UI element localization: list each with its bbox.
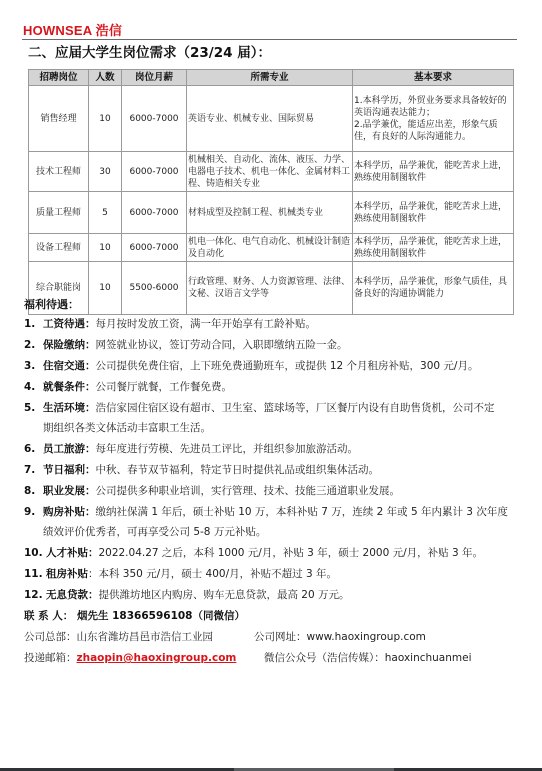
benefit-label: 保险缴纳：: [43, 339, 96, 351]
table-row: 设备工程师 10 6000-7000 机电一体化、电气自动化、机械设计制造及自动…: [29, 234, 514, 262]
benefit-label: 就餐条件：: [43, 381, 96, 393]
benefit-text-continued: 期组织各类文体活动丰富职工生活。: [43, 422, 524, 435]
wechat-label: 微信公众号（浩信传媒）：: [264, 652, 385, 664]
benefit-label: 无息贷款：: [46, 589, 99, 601]
cell-position: 设备工程师: [29, 234, 89, 262]
benefit-text: 公司餐厅就餐，工作餐免费。: [96, 381, 233, 393]
benefit-text: 2022.04.27 之后，本科 1000 元/月，补贴 3 年，硕士 2000…: [98, 547, 483, 559]
benefit-number: 5.: [24, 402, 35, 415]
table-row: 质量工程师 5 6000-7000 材料成型及控制工程、机械类专业 本科学历，品…: [29, 192, 514, 234]
table-header-row: 招聘岗位 人数 岗位月薪 所需专业 基本要求: [29, 70, 514, 86]
info-row-hq: 公司总部：山东省潍坊昌邑市浩信工业园 公司网址：www.haoxingroup.…: [24, 631, 524, 644]
contact-person: 联 系 人： 烟先生 18366596108（同微信）: [24, 610, 524, 623]
benefit-number: 10.: [24, 547, 43, 559]
cell-requirement: 本科学历，品学兼优，能吃苦求上进，熟练使用制图软件: [353, 234, 514, 262]
benefit-item: 6.员工旅游：每年度进行劳模、先进员工评比，并组织参加旅游活动。: [24, 443, 524, 456]
benefit-label: 住宿交通：: [43, 360, 96, 372]
cell-major: 英语专业、机械专业、国际贸易: [187, 86, 353, 152]
cell-major: 机电一体化、电气自动化、机械设计制造及自动化: [187, 234, 353, 262]
benefit-text: 中秋、春节双节福利，特定节日时提供礼品或组织集体活动。: [96, 464, 380, 476]
benefit-label: 员工旅游：: [43, 443, 96, 455]
benefit-text: 网签就业协议，签订劳动合同，入职即缴纳五险一金。: [96, 339, 348, 351]
benefits-section: 福利待遇： 1.工资待遇：每月按时发放工资，满一年开始享有工龄补贴。 2.保险缴…: [24, 298, 524, 673]
cell-salary: 6000-7000: [122, 152, 187, 192]
benefit-text: 浩信家园住宿区设有超市、卫生室、篮球场等，厂区餐厅内设有自助售货机，公司不定: [96, 402, 495, 414]
benefit-number: 2.: [24, 339, 35, 352]
benefit-item: 8.职业发展：公司提供多种职业培训，实行管理、技术、技能三通道职业发展。: [24, 485, 524, 498]
benefit-text: 公司提供免费住宿，上下班免费通勤班车，或提供 12 个月租房补贴，300 元/月…: [96, 360, 479, 372]
wechat-id: haoxinchuanmei: [385, 652, 472, 664]
benefit-item: 5.生活环境：浩信家园住宿区设有超市、卫生室、篮球场等，厂区餐厅内设有自助售货机…: [24, 402, 524, 435]
benefit-number: 3.: [24, 360, 35, 373]
benefit-item: 12. 无息贷款：提供潍坊地区内购房、购车无息贷款，最高 20 万元。: [24, 589, 524, 602]
table-row: 销售经理 10 6000-7000 英语专业、机械专业、国际贸易 1.本科学历，…: [29, 86, 514, 152]
contact-value: 烟先生 18366596108（同微信）: [77, 610, 245, 622]
benefit-label: 人才补贴：: [46, 547, 99, 559]
wechat: 微信公众号（浩信传媒）：haoxinchuanmei: [264, 652, 472, 665]
cell-requirement: 1.本科学历，外贸业务要求具备较好的英语沟通表达能力； 2.品学兼优，能适应出差…: [353, 86, 514, 152]
hq-label: 公司总部：: [24, 631, 77, 643]
benefit-label: 租房补贴: [46, 568, 88, 580]
benefit-text: 每年度进行劳模、先进员工评比，并组织参加旅游活动。: [96, 443, 359, 455]
benefit-item: 4.就餐条件：公司餐厅就餐，工作餐免费。: [24, 381, 524, 394]
benefit-item: 9.购房补贴：缴纳社保满 1 年后，硕士补贴 10 万，本科补贴 7 万，连续 …: [24, 506, 524, 539]
cell-requirement: 本科学历，品学兼优，能吃苦求上进，熟练使用制图软件: [353, 192, 514, 234]
column-header-major: 所需专业: [187, 70, 353, 86]
benefit-number: 9.: [24, 506, 35, 519]
benefit-text-continued: 绩效评价优秀者，可再享受公司 5-8 万元补贴。: [43, 526, 524, 539]
hq-value: 山东省潍坊昌邑市浩信工业园: [77, 631, 214, 643]
cell-salary: 6000-7000: [122, 192, 187, 234]
benefit-number: 6.: [24, 443, 35, 456]
benefit-label: 生活环境：: [43, 402, 96, 414]
benefit-text: 提供潍坊地区内购房、购车无息贷款，最高 20 万元。: [98, 589, 349, 601]
benefits-title: 福利待遇：: [24, 298, 524, 312]
benefit-number: 11.: [24, 568, 43, 580]
cell-salary: 6000-7000: [122, 86, 187, 152]
cell-count: 5: [89, 192, 122, 234]
benefit-number: 12.: [24, 589, 43, 601]
cell-requirement: 本科学历，品学兼优，能吃苦求上进，熟练使用制图软件: [353, 152, 514, 192]
contact-label: 联 系 人：: [24, 610, 73, 622]
benefit-label: 购房补贴：: [43, 506, 96, 518]
benefit-item: 11. 租房补贴：本科 350 元/月，硕士 400/月，补贴不超过 3 年。: [24, 568, 524, 581]
cell-count: 10: [89, 86, 122, 152]
column-header-count: 人数: [89, 70, 122, 86]
website-link[interactable]: www.haoxingroup.com: [307, 631, 426, 643]
email-link[interactable]: zhaopin@haoxingroup.com: [77, 652, 237, 664]
section-title: 二、应届大学生岗位需求（23/24 届）：: [28, 44, 271, 62]
email-label: 投递邮箱：: [24, 652, 77, 664]
company-logo: HOWNSEA 浩信: [23, 24, 122, 38]
benefit-number: 4.: [24, 381, 35, 394]
benefit-text: 公司提供多种职业培训，实行管理、技术、技能三通道职业发展。: [96, 485, 401, 497]
benefit-text: 每月按时发放工资，满一年开始享有工龄补贴。: [96, 318, 317, 330]
benefit-number: 8.: [24, 485, 35, 498]
column-header-salary: 岗位月薪: [122, 70, 187, 86]
table-row: 技术工程师 30 6000-7000 机械相关、自动化、流体、液压、力学、电器电…: [29, 152, 514, 192]
cell-position: 质量工程师: [29, 192, 89, 234]
cell-salary: 6000-7000: [122, 234, 187, 262]
jobs-table: 招聘岗位 人数 岗位月薪 所需专业 基本要求 销售经理 10 6000-7000…: [28, 69, 514, 315]
benefit-text: 缴纳社保满 1 年后，硕士补贴 10 万，本科补贴 7 万，连续 2 年或 5 …: [96, 506, 508, 518]
info-row-email: 投递邮箱：zhaopin@haoxingroup.com 微信公众号（浩信传媒）…: [24, 652, 524, 665]
benefit-item: 3.住宿交通：公司提供免费住宿，上下班免费通勤班车，或提供 12 个月租房补贴，…: [24, 360, 524, 373]
benefit-number: 1.: [24, 318, 35, 331]
benefit-label: 工资待遇：: [43, 318, 96, 330]
benefit-text: ：本科 350 元/月，硕士 400/月，补贴不超过 3 年。: [88, 568, 337, 580]
benefit-item: 1.工资待遇：每月按时发放工资，满一年开始享有工龄补贴。: [24, 318, 524, 331]
benefit-number: 7.: [24, 464, 35, 477]
column-header-requirement: 基本要求: [353, 70, 514, 86]
benefit-item: 7.节日福利：中秋、春节双节福利，特定节日时提供礼品或组织集体活动。: [24, 464, 524, 477]
column-header-position: 招聘岗位: [29, 70, 89, 86]
benefit-label: 节日福利：: [43, 464, 96, 476]
benefit-label: 职业发展：: [43, 485, 96, 497]
cell-position: 技术工程师: [29, 152, 89, 192]
cell-count: 10: [89, 234, 122, 262]
cell-major: 机械相关、自动化、流体、液压、力学、电器电子技术、机电一体化、金属材料工程、铸造…: [187, 152, 353, 192]
cell-count: 30: [89, 152, 122, 192]
cell-major: 材料成型及控制工程、机械类专业: [187, 192, 353, 234]
website: 公司网址：www.haoxingroup.com: [254, 631, 426, 644]
benefit-item: 10. 人才补贴：2022.04.27 之后，本科 1000 元/月，补贴 3 …: [24, 547, 524, 560]
website-label: 公司网址：: [254, 631, 307, 643]
header-divider: [22, 39, 517, 40]
benefit-item: 2.保险缴纳：网签就业协议，签订劳动合同，入职即缴纳五险一金。: [24, 339, 524, 352]
cell-position: 销售经理: [29, 86, 89, 152]
